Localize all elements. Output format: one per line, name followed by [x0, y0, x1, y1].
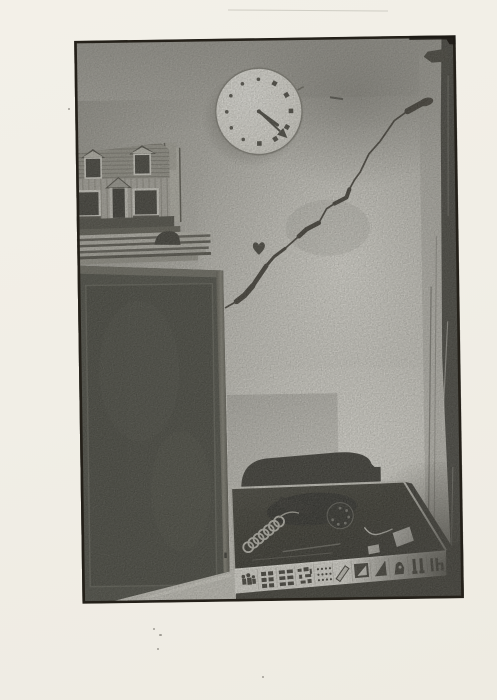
photograph-svg — [74, 35, 464, 604]
film-grain-light — [74, 35, 464, 604]
dust-speck — [68, 108, 70, 110]
scanned-page: { "page": { "kind": "black-and-white pho… — [0, 0, 497, 700]
dust-speck — [153, 628, 155, 630]
dust-speck — [157, 648, 159, 650]
dust-speck — [159, 634, 162, 636]
photograph — [74, 35, 464, 604]
dust-speck — [262, 676, 264, 678]
paper-crease-line — [228, 9, 388, 11]
